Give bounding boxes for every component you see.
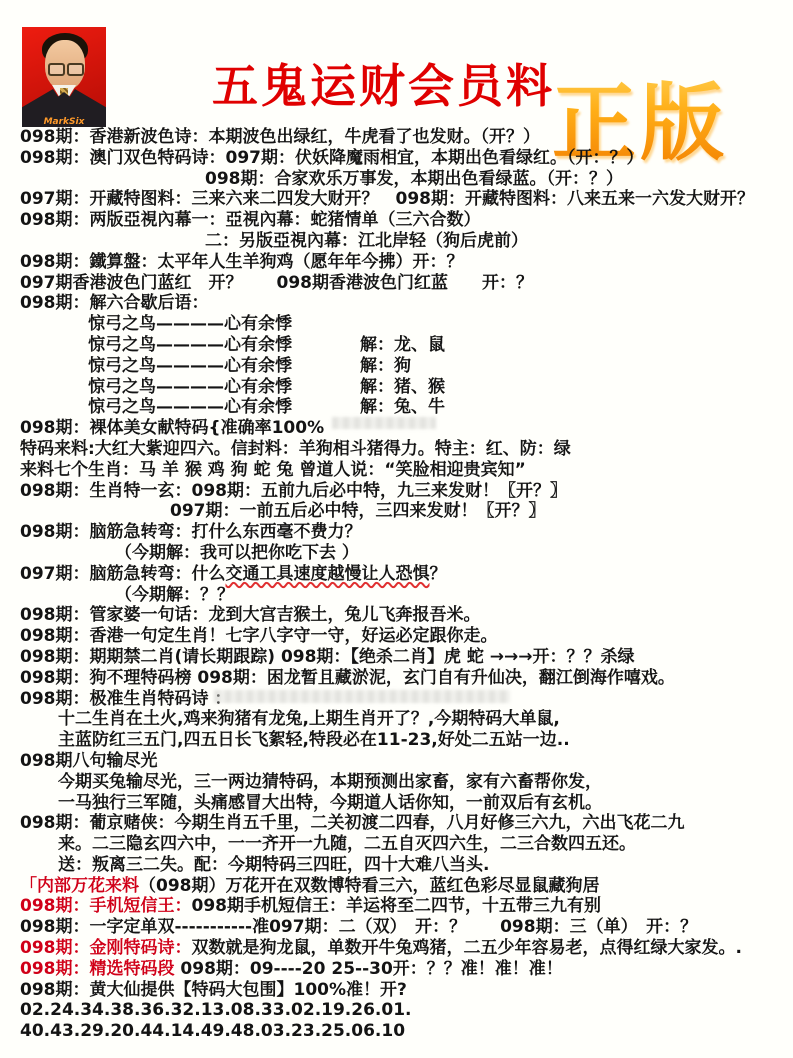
text-line: 097期：开藏特图料：三来六来二四发大财开？ 098期：开藏特图料：八来五来一六… xyxy=(20,189,789,210)
text-segment: 098期：裸体美女献特码{准确率100% xyxy=(20,418,324,438)
text-segment: 098期：脑筋急转弯：打什么东西毫不费力？ xyxy=(20,522,362,542)
text-line: 惊弓之鸟————心有余悸 解：龙、鼠 xyxy=(20,335,789,356)
text-segment: 主蓝防红三五门,四五日长飞絮轻,特段必在11-23,好处二五站一边.. xyxy=(58,730,570,750)
text-segment: 098期：管家婆一句话：龙到大宫吉猴土，兔儿飞奔报吾米。 xyxy=(20,605,481,625)
text-segment: 惊弓之鸟————心有余悸 解：猪、猴 xyxy=(88,377,445,397)
scan-smudge xyxy=(214,690,510,703)
text-line: 098期：香港一句定生肖！七字八字守一守，好运必定跟你走。 xyxy=(20,626,789,647)
text-segment: 098期：合家欢乐万事发，本期出色看绿蓝。（开：？） xyxy=(205,169,623,189)
text-segment: 十二生肖在土火,鸡来狗猪有龙兔,上期生肖开了？,今期特码大单鼠, xyxy=(58,709,560,729)
text-line: 098期：黄大仙提供【特码大包围】100%准！开? xyxy=(20,980,789,1001)
text-segment: 097期：一前五后必中特，三四来发财！〖开？〗 xyxy=(170,501,546,521)
text-line: 098期：一字定单双-----------准097期：二（双） 开：？ 098期… xyxy=(20,917,789,938)
text-segment: 098期：黄大仙提供【特码大包围】100%准！开? xyxy=(20,980,407,1000)
text-line: 来料七个生肖：马 羊 猴 鸡 狗 蛇 兔 曾道人说：“笑脸相迎贵宾知” xyxy=(20,460,789,481)
text-line: 098期：香港新波色诗：本期波色出绿红，牛虎看了也发财。（开？） xyxy=(20,127,789,148)
text-segment: 098期：香港一句定生肖！七字八字守一守，好运必定跟你走。 xyxy=(20,626,498,646)
text-segment: 098期：精选特码段 xyxy=(20,959,175,979)
text-line: 098期：金刚特码诗：双数就是狗龙鼠，单数开牛兔鸡猪，二五少年容易老，点得红绿大… xyxy=(20,938,789,959)
text-segment: 098期：澳门双色特码诗：097期：伏妖降魔雨相宜，本期出色看绿红。（开：？） xyxy=(20,148,643,168)
member-photo: MarkSix xyxy=(22,27,106,127)
text-segment: 惊弓之鸟————心有余悸 解：兔、牛 xyxy=(88,397,445,417)
text-line: 098期：解六合歇后语： xyxy=(20,293,789,314)
text-segment: 特码来料:大红大紫迎四六。信封料：羊狗相斗猪得力。特主：红、防：绿 xyxy=(20,439,571,459)
text-line: 098期：精选特码段 098期：09----20 25--30开：？？准！准！准… xyxy=(20,959,789,980)
page-title: 五鬼运财会员料 xyxy=(212,50,555,116)
content-lines: 098期：香港新波色诗：本期波色出绿红，牛虎看了也发财。（开？）098期：澳门双… xyxy=(20,127,789,1042)
text-segment: 一马独行三军随，头痛感冒大出特，今期道人话你知，一前双后有玄机。 xyxy=(58,793,602,813)
text-segment: 098期：葡京赌侠：今期生肖五千里，二关初渡二四春，八月好修三六九，六出飞花二九 xyxy=(20,813,684,833)
text-segment: 今期买兔输尽光，三一两边猜特码，本期预测出家畜，家有六畜帮你发， xyxy=(58,772,602,792)
text-line: 十二生肖在土火,鸡来狗猪有龙兔,上期生肖开了？,今期特码大单鼠, xyxy=(20,709,789,730)
text-line: （今期解：？？ xyxy=(20,585,789,606)
scan-smudge xyxy=(332,417,436,429)
text-segment: 双数就是狗龙鼠，单数开牛兔鸡猪，二五少年容易老，点得红绿大家发。. xyxy=(192,938,742,958)
text-line: 惊弓之鸟————心有余悸 解：兔、牛 xyxy=(20,397,789,418)
text-line: 098期：澳门双色特码诗：097期：伏妖降魔雨相宜，本期出色看绿红。（开：？） xyxy=(20,148,789,169)
text-segment: 098期：09----20 25--30开：？？准！准！准！ xyxy=(175,959,563,979)
text-segment: 097期：开藏特图料：三来六来二四发大财开？ 098期：开藏特图料：八来五来一六… xyxy=(20,189,754,209)
text-line: 098期八句输尽光 xyxy=(20,751,789,772)
text-line: 098期：管家婆一句话：龙到大宫吉猴土，兔儿飞奔报吾米。 xyxy=(20,605,789,626)
text-line: 097期：脑筋急转弯：什么交通工具速度越慢让人恐惧？ xyxy=(20,564,789,585)
text-line: 惊弓之鸟————心有余悸 xyxy=(20,314,789,335)
text-segment: 098期：生肖特一玄：098期：五前九后必中特，九三来发财！〖开？〗 xyxy=(20,481,567,501)
text-segment: 惊弓之鸟————心有余悸 解：狗 xyxy=(88,356,411,376)
text-line: 来。二三隐玄四六中，一一齐开一九随，二五自灭四六生，二三合数四五还。 xyxy=(20,834,789,855)
text-line: 今期买兔输尽光，三一两边猜特码，本期预测出家畜，家有六畜帮你发， xyxy=(20,772,789,793)
text-segment: 098期：狗不理特码榜 098期：困龙暂且藏淤泥，玄门自有升仙决，翻江倒海作嘻戏… xyxy=(20,668,675,688)
text-line: 098期：鐵算盤：太平年人生羊狗鸡（愿年年今拂）开：？ xyxy=(20,252,789,273)
text-line: 惊弓之鸟————心有余悸 解：狗 xyxy=(20,356,789,377)
text-line: 一马独行三军随，头痛感冒大出特，今期道人话你知，一前双后有玄机。 xyxy=(20,793,789,814)
text-segment: 098期：香港新波色诗：本期波色出绿红，牛虎看了也发财。（开？） xyxy=(20,127,540,147)
text-segment: 交通工具速度越慢让人恐惧 xyxy=(226,564,430,584)
text-line: 02.24.34.38.36.32.13.08.33.02.19.26.01. xyxy=(20,1000,789,1021)
text-segment: （098期）万花开在双数博特看三六，蓝红色彩尽显鼠藏狗居 xyxy=(139,876,600,896)
text-segment: 097期香港波色门蓝红 开？ 098期香港波色门红蓝 开：？ xyxy=(20,273,533,293)
text-segment: ？ xyxy=(430,564,447,584)
text-segment: 098期八句输尽光 xyxy=(20,751,158,771)
text-segment: 098期：期期禁二肖(请长期跟踪) 098期：【绝杀二肖】虎 蛇 →→→开：？？… xyxy=(20,647,635,667)
text-segment: 40.43.29.20.44.14.49.48.03.23.25.06.10 xyxy=(20,1021,405,1041)
text-segment: 097期：脑筋急转弯：什么 xyxy=(20,564,226,584)
text-line: （今期解：我可以把你吃下去 ） xyxy=(20,543,789,564)
text-segment: 098期：极准生肖特码诗 ： xyxy=(20,689,231,709)
text-line: 098期：手机短信王：098期手机短信王：羊运将至二四节，十五带三九有别 xyxy=(20,896,789,917)
text-line: 「内部万花来料（098期）万花开在双数博特看三六，蓝红色彩尽显鼠藏狗居 xyxy=(20,876,789,897)
photo-caption: MarkSix xyxy=(22,117,106,127)
text-line: 097期：一前五后必中特，三四来发财！〖开？〗 xyxy=(20,501,789,522)
text-segment: 098期手机短信王：羊运将至二四节，十五带三九有别 xyxy=(192,896,602,916)
text-segment: 惊弓之鸟————心有余悸 xyxy=(88,314,292,334)
text-segment: 098期：手机短信王： xyxy=(20,896,192,916)
text-segment: 惊弓之鸟————心有余悸 解：龙、鼠 xyxy=(88,335,445,355)
text-segment: 098期：一字定单双-----------准097期：二（双） 开：？ 098期… xyxy=(20,917,697,937)
text-segment: 「内部万花来料 xyxy=(20,876,139,896)
text-line: 097期香港波色门蓝红 开？ 098期香港波色门红蓝 开：？ xyxy=(20,273,789,294)
text-line: 098期：期期禁二肖(请长期跟踪) 098期：【绝杀二肖】虎 蛇 →→→开：？？… xyxy=(20,647,789,668)
glasses-right-lens xyxy=(67,63,84,76)
text-segment: （今期解：？？ xyxy=(115,585,234,605)
text-line: 098期：葡京赌侠：今期生肖五千里，二关初渡二四春，八月好修三六九，六出飞花二九 xyxy=(20,813,789,834)
text-line: 主蓝防红三五门,四五日长飞絮轻,特段必在11-23,好处二五站一边.. xyxy=(20,730,789,751)
text-line: 098期：两版亞視內幕一：亞視內幕：蛇猪情单（三六合数） xyxy=(20,210,789,231)
text-segment: 098期：鐵算盤：太平年人生羊狗鸡（愿年年今拂）开：？ xyxy=(20,252,464,272)
text-segment: 送：叛离三二失。配：今期特码三四旺，四十大难八当头. xyxy=(58,855,489,875)
text-line: 098期：合家欢乐万事发，本期出色看绿蓝。（开：？） xyxy=(20,169,789,190)
text-line: 098期：狗不理特码榜 098期：困龙暂且藏淤泥，玄门自有升仙决，翻江倒海作嘻戏… xyxy=(20,668,789,689)
text-segment: 02.24.34.38.36.32.13.08.33.02.19.26.01. xyxy=(20,1000,412,1020)
text-segment: 098期：两版亞視內幕一：亞視內幕：蛇猪情单（三六合数） xyxy=(20,210,481,230)
text-line: 惊弓之鸟————心有余悸 解：猪、猴 xyxy=(20,377,789,398)
text-line: 特码来料:大红大紫迎四六。信封料：羊狗相斗猪得力。特主：红、防：绿 xyxy=(20,439,789,460)
text-segment: 二：另版亞視內幕：江北岸轻（狗后虎前） xyxy=(205,231,528,251)
text-line: 二：另版亞視內幕：江北岸轻（狗后虎前） xyxy=(20,231,789,252)
text-line: 送：叛离三二失。配：今期特码三四旺，四十大难八当头. xyxy=(20,855,789,876)
text-segment: 来料七个生肖：马 羊 猴 鸡 狗 蛇 兔 曾道人说：“笑脸相迎贵宾知” xyxy=(20,460,526,480)
lottery-tip-sheet: MarkSix 五鬼运财会员料 正版 098期：香港新波色诗：本期波色出绿红，牛… xyxy=(0,0,793,1058)
text-segment: 来。二三隐玄四六中，一一齐开一九随，二五自灭四六生，二三合数四五还。 xyxy=(58,834,636,854)
text-segment: 098期：解六合歇后语： xyxy=(20,293,209,313)
text-line: 098期：生肖特一玄：098期：五前九后必中特，九三来发财！〖开？〗 xyxy=(20,481,789,502)
text-line: 40.43.29.20.44.14.49.48.03.23.25.06.10 xyxy=(20,1021,789,1042)
text-segment: 098期：金刚特码诗： xyxy=(20,938,192,958)
text-line: 098期：脑筋急转弯：打什么东西毫不费力？ xyxy=(20,522,789,543)
glasses-left-lens xyxy=(48,63,65,76)
text-segment: （今期解：我可以把你吃下去 ） xyxy=(115,543,359,563)
